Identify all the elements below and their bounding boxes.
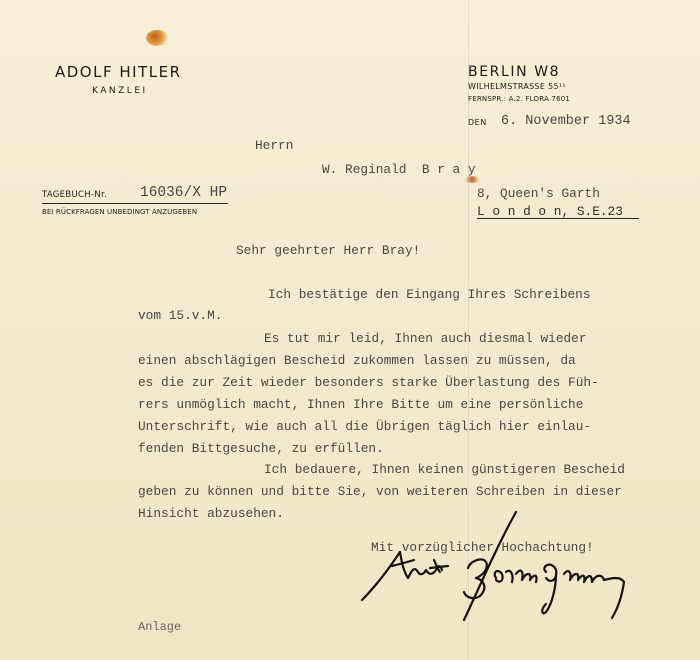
body-line: rers unmöglich macht, Ihnen Ihre Bitte u…	[138, 397, 583, 412]
reference-underline	[42, 203, 228, 204]
letterhead-sender-office: KANZLEI	[92, 86, 148, 96]
reference-number: 16036/X HP	[140, 185, 227, 201]
body-line: vom 15.v.M.	[138, 308, 222, 323]
recipient-title: Herrn	[255, 138, 293, 153]
letter-date: 6. November 1934	[501, 114, 631, 129]
rust-stain	[146, 30, 168, 46]
body-line: fenden Bittgesuche, zu erfüllen.	[138, 441, 384, 456]
letterhead-city: BERLIN W8	[468, 64, 560, 80]
letterhead-sender-name: ADOLF HITLER	[55, 63, 182, 81]
body-line: Hinsicht abzusehen.	[138, 506, 284, 521]
body-line: Ich bedauere, Ihnen keinen günstigeren B…	[264, 462, 625, 477]
letterhead-phone: FERNSPR.: A.2. FLORA 7601	[468, 95, 570, 103]
greeting: Sehr geehrter Herr Bray!	[236, 243, 420, 258]
reference-label: TAGEBUCH-Nr.	[42, 190, 107, 200]
body-line: geben zu können und bitte Sie, von weite…	[138, 484, 622, 499]
body-line: Unterschrift, wie auch all die Übrigen t…	[138, 419, 591, 434]
reference-note: BEI RÜCKFRAGEN UNBEDINGT ANZUGEBEN	[42, 208, 197, 216]
letterhead-street: WILHELMSTRASSE 55¹¹	[468, 82, 566, 91]
enclosure-note: Anlage	[138, 620, 181, 634]
body-line: Ich bestätige den Eingang Ihres Schreibe…	[268, 287, 591, 302]
recipient-city-underline	[477, 218, 639, 219]
recipient-name: W. Reginald B r a y	[322, 162, 476, 177]
handwritten-signature	[356, 508, 656, 628]
rust-stain-small	[465, 176, 479, 183]
body-line: Es tut mir leid, Ihnen auch diesmal wied…	[264, 331, 587, 346]
recipient-city: L o n d o n, S.E.23	[477, 204, 623, 219]
date-prefix: DEN	[468, 118, 487, 127]
recipient-street: 8, Queen's Garth	[477, 186, 600, 201]
letter-page: ADOLF HITLER KANZLEI BERLIN W8 WILHELMST…	[0, 0, 700, 660]
body-line: es die zur Zeit wieder besonders starke …	[138, 375, 599, 390]
body-line: einen abschlägigen Bescheid zukommen las…	[138, 353, 576, 368]
